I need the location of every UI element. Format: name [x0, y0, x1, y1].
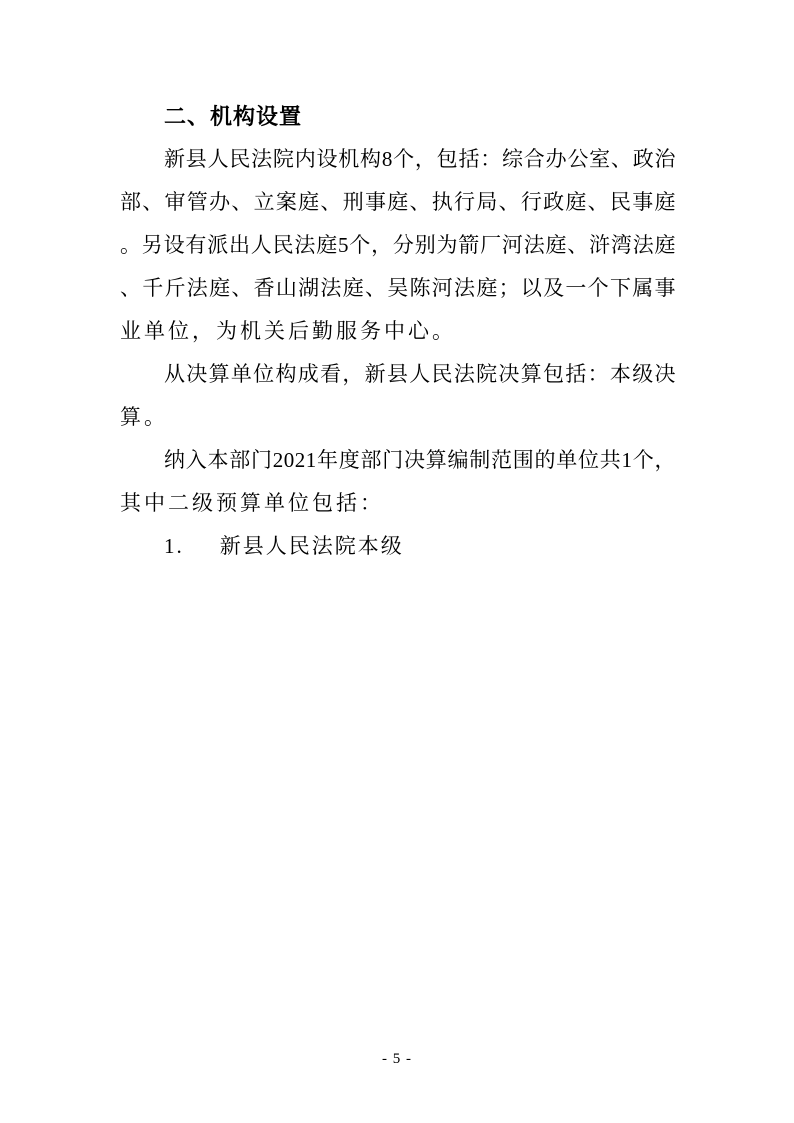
- list-item-text: 新县人民法院本级: [220, 534, 404, 558]
- paragraph2-line-2: 算。: [120, 396, 676, 439]
- paragraph3-line-1: 纳入本部门2021年度部门决算编制范围的单位共1个，: [120, 439, 676, 482]
- list-item-number: 1.: [164, 534, 184, 558]
- paragraph1-line-3: 。另设有派出人民法庭5个，分别为箭厂河法庭、浒湾法庭: [120, 224, 676, 267]
- paragraph1-line-5: 业单位，为机关后勤服务中心。: [120, 310, 676, 353]
- document-page: 二、机构设置 新县人民法院内设机构8个，包括：综合办公室、政治 部、审管办、立案…: [0, 0, 794, 1123]
- paragraph1-line-2: 部、审管办、立案庭、刑事庭、执行局、行政庭、民事庭: [120, 181, 676, 224]
- paragraph1-line-4: 、千斤法庭、香山湖法庭、吴陈河法庭；以及一个下属事: [120, 267, 676, 310]
- paragraph1-line-1: 新县人民法院内设机构8个，包括：综合办公室、政治: [120, 138, 676, 181]
- document-body: 二、机构设置 新县人民法院内设机构8个，包括：综合办公室、政治 部、审管办、立案…: [120, 95, 676, 568]
- section-heading: 二、机构设置: [120, 95, 676, 138]
- paragraph3-line-2: 其中二级预算单位包括：: [120, 482, 676, 525]
- list-item: 1.新县人民法院本级: [120, 525, 676, 568]
- paragraph2-line-1: 从决算单位构成看，新县人民法院决算包括：本级决: [120, 353, 676, 396]
- page-number: - 5 -: [0, 1048, 794, 1070]
